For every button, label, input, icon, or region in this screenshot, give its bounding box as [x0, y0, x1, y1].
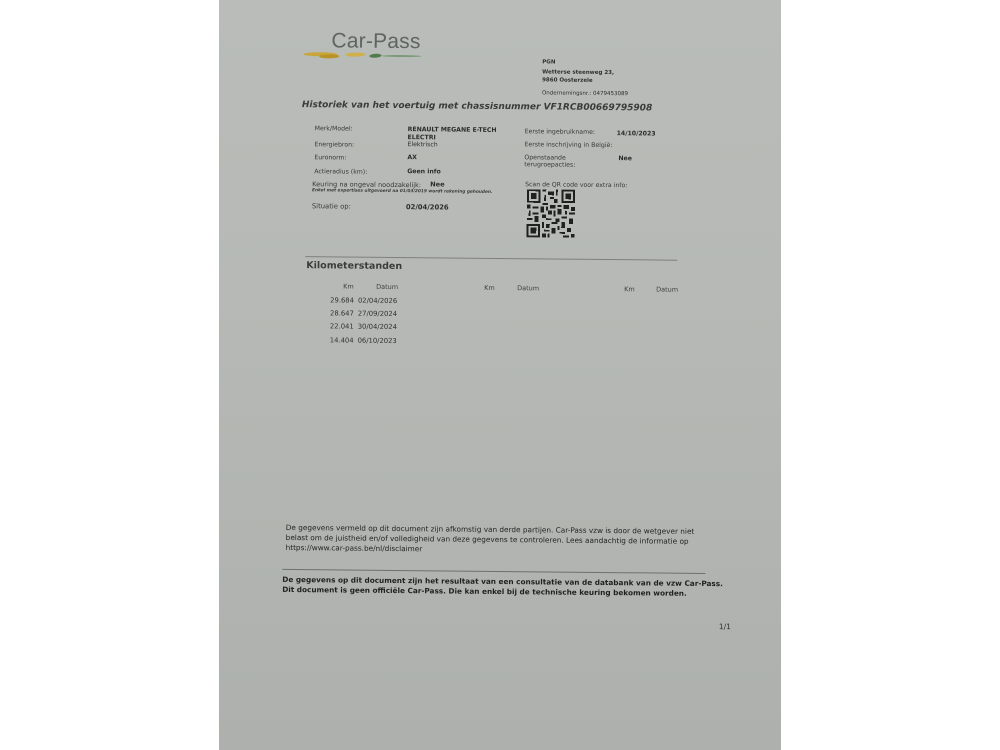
date-header-3: Datum [656, 285, 678, 293]
situation-label: Situatie op: [312, 202, 351, 210]
brand-model-value: RENAULT MEGANE E-TECH [408, 126, 497, 134]
footer-divider [282, 569, 705, 574]
qr-label: Scan de QR code voor extra info: [525, 181, 627, 189]
sender-address: PGN Wetterse steenweg 23, 9860 Oosterzel… [222, 0, 781, 3]
page-number: 1/1 [719, 622, 731, 631]
table-row: 28.647 27/09/2024 [222, 0, 781, 3]
first-use-label: Eerste ingebruikname: [525, 128, 595, 136]
energy-source-value: Elektrisch [407, 141, 437, 148]
date-value: 06/10/2023 [358, 337, 397, 345]
table-row: 29.684 02/04/2026 [222, 0, 781, 3]
date-value: 02/04/2026 [358, 297, 397, 305]
date-header-2: Datum [517, 284, 539, 292]
disclaimer-link[interactable]: https://www.car-pass.be/nl/disclaimer [286, 543, 423, 554]
document-photo: Car-Pass PGN Wetterse steenweg 23, 9860 … [219, 0, 781, 750]
km-value: 22.041 [314, 322, 354, 330]
vehicle-details-right: Eerste ingebruikname: 14/10/2023 Eerste … [222, 0, 781, 3]
car-pass-document: Car-Pass PGN Wetterse steenweg 23, 9860 … [219, 0, 781, 750]
date-value: 30/04/2024 [358, 323, 397, 331]
km-value: 28.647 [314, 309, 354, 317]
sender-street: Wetterse steenweg 23, [542, 69, 614, 76]
sender-name: PGN [542, 59, 555, 65]
logo-text: Car-Pass [331, 29, 420, 54]
official-notice: De gegevens op dit document zijn het res… [222, 0, 781, 3]
first-use-value: 14/10/2023 [617, 130, 656, 137]
inspection-value: Nee [430, 180, 445, 188]
disclaimer: De gegevens vermeld op dit document zijn… [222, 0, 781, 3]
mileage-section-title: Kilometerstanden [306, 260, 402, 272]
euronorm-label: Euronorm: [314, 154, 346, 161]
first-registration-label: Eerste inschrijving in België: [524, 141, 612, 149]
energy-source-label: Energiebron: [314, 141, 354, 148]
mileage-table-header: Km Datum Km Datum Km Datum [222, 0, 781, 3]
brand-model-label: Merk/Model: [315, 125, 353, 132]
qr-code-icon[interactable] [526, 189, 576, 237]
table-row: 22.041 30/04/2024 [222, 0, 781, 3]
km-header-3: Km [624, 285, 635, 293]
vehicle-details-left: Merk/Model: RENAULT MEGANE E-TECH ELECTR… [222, 0, 781, 3]
date-value: 27/09/2024 [358, 310, 397, 318]
table-row: 14.404 06/10/2023 [222, 0, 781, 3]
car-pass-logo: Car-Pass [222, 0, 781, 3]
inspection-note: Enkel met expertises uitgevoerd na 01/03… [312, 188, 493, 195]
recalls-value: Nee [618, 155, 632, 162]
range-label: Actieradius (km): [314, 168, 367, 176]
range-value: Geen info [407, 168, 441, 175]
mileage-table: 29.684 02/04/2026 28.647 27/09/2024 22.0… [222, 0, 781, 3]
sender-city: 9860 Oosterzele [542, 77, 593, 83]
km-header-2: Km [484, 284, 495, 292]
document-title: Historiek van het voertuig met chassisnu… [302, 100, 652, 113]
km-header-1: Km [343, 282, 354, 290]
sender-company-number: Ondernemingsnr.: 0479453089 [542, 90, 628, 97]
date-header-1: Datum [376, 283, 398, 291]
recalls-label-cont: terugroepacties: [524, 161, 575, 168]
km-value: 14.404 [314, 336, 354, 344]
km-value: 29.684 [314, 296, 354, 304]
euronorm-value: AX [407, 154, 417, 161]
situation-value: 02/04/2026 [406, 203, 449, 211]
